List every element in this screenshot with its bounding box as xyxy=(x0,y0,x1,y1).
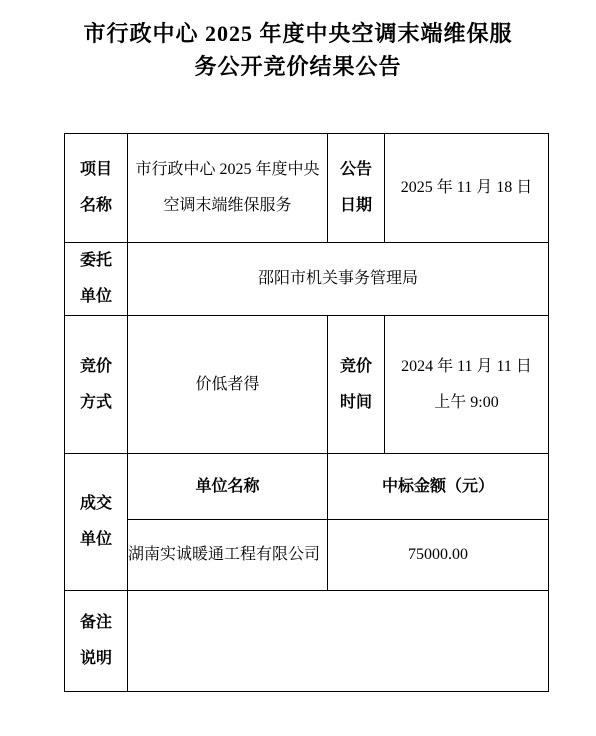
winner-amount-value: 75000.00 xyxy=(328,520,549,591)
winner-name-header: 单位名称 xyxy=(128,454,328,520)
page-title-line-2: 务公开竞价结果公告 xyxy=(0,50,596,83)
bidding-method-value: 价低者得 xyxy=(128,316,328,454)
announce-date-label: 公告 日期 xyxy=(328,134,385,243)
page-title: 市行政中心 2025 年度中央空调末端维保服 务公开竞价结果公告 xyxy=(0,17,596,83)
remarks-value xyxy=(128,591,549,692)
row-winner-data: 湖南实诚暖通工程有限公司 75000.00 xyxy=(65,520,549,591)
project-name-value: 市行政中心 2025 年度中央空调末端维保服务 xyxy=(128,134,328,243)
bidding-method-label: 竞价 方式 xyxy=(65,316,128,454)
client-value: 邵阳市机关事务管理局 xyxy=(128,243,549,316)
winner-name-value: 湖南实诚暖通工程有限公司 xyxy=(128,520,328,591)
bidding-time-value: 2024 年 11 月 11 日 上午 9:00 xyxy=(385,316,549,454)
bidding-time-label: 竞价 时间 xyxy=(328,316,385,454)
announce-date-value: 2025 年 11 月 18 日 xyxy=(385,134,549,243)
result-table: 项目 名称 市行政中心 2025 年度中央空调末端维保服务 公告 日期 2025… xyxy=(64,133,549,692)
row-winner-header: 成交 单位 单位名称 中标金额（元） xyxy=(65,454,549,520)
page-title-line-1: 市行政中心 2025 年度中央空调末端维保服 xyxy=(0,17,596,50)
project-name-label: 项目 名称 xyxy=(65,134,128,243)
row-remarks: 备注 说明 xyxy=(65,591,549,692)
announcement-document: 市行政中心 2025 年度中央空调末端维保服 务公开竞价结果公告 项目 名称 市… xyxy=(0,0,596,736)
row-bidding: 竞价 方式 价低者得 竞价 时间 2024 年 11 月 11 日 上午 9:0… xyxy=(65,316,549,454)
winner-label: 成交 单位 xyxy=(65,454,128,591)
winner-amount-header: 中标金额（元） xyxy=(328,454,549,520)
row-client: 委托 单位 邵阳市机关事务管理局 xyxy=(65,243,549,316)
client-label: 委托 单位 xyxy=(65,243,128,316)
remarks-label: 备注 说明 xyxy=(65,591,128,692)
row-project-and-date: 项目 名称 市行政中心 2025 年度中央空调末端维保服务 公告 日期 2025… xyxy=(65,134,549,243)
